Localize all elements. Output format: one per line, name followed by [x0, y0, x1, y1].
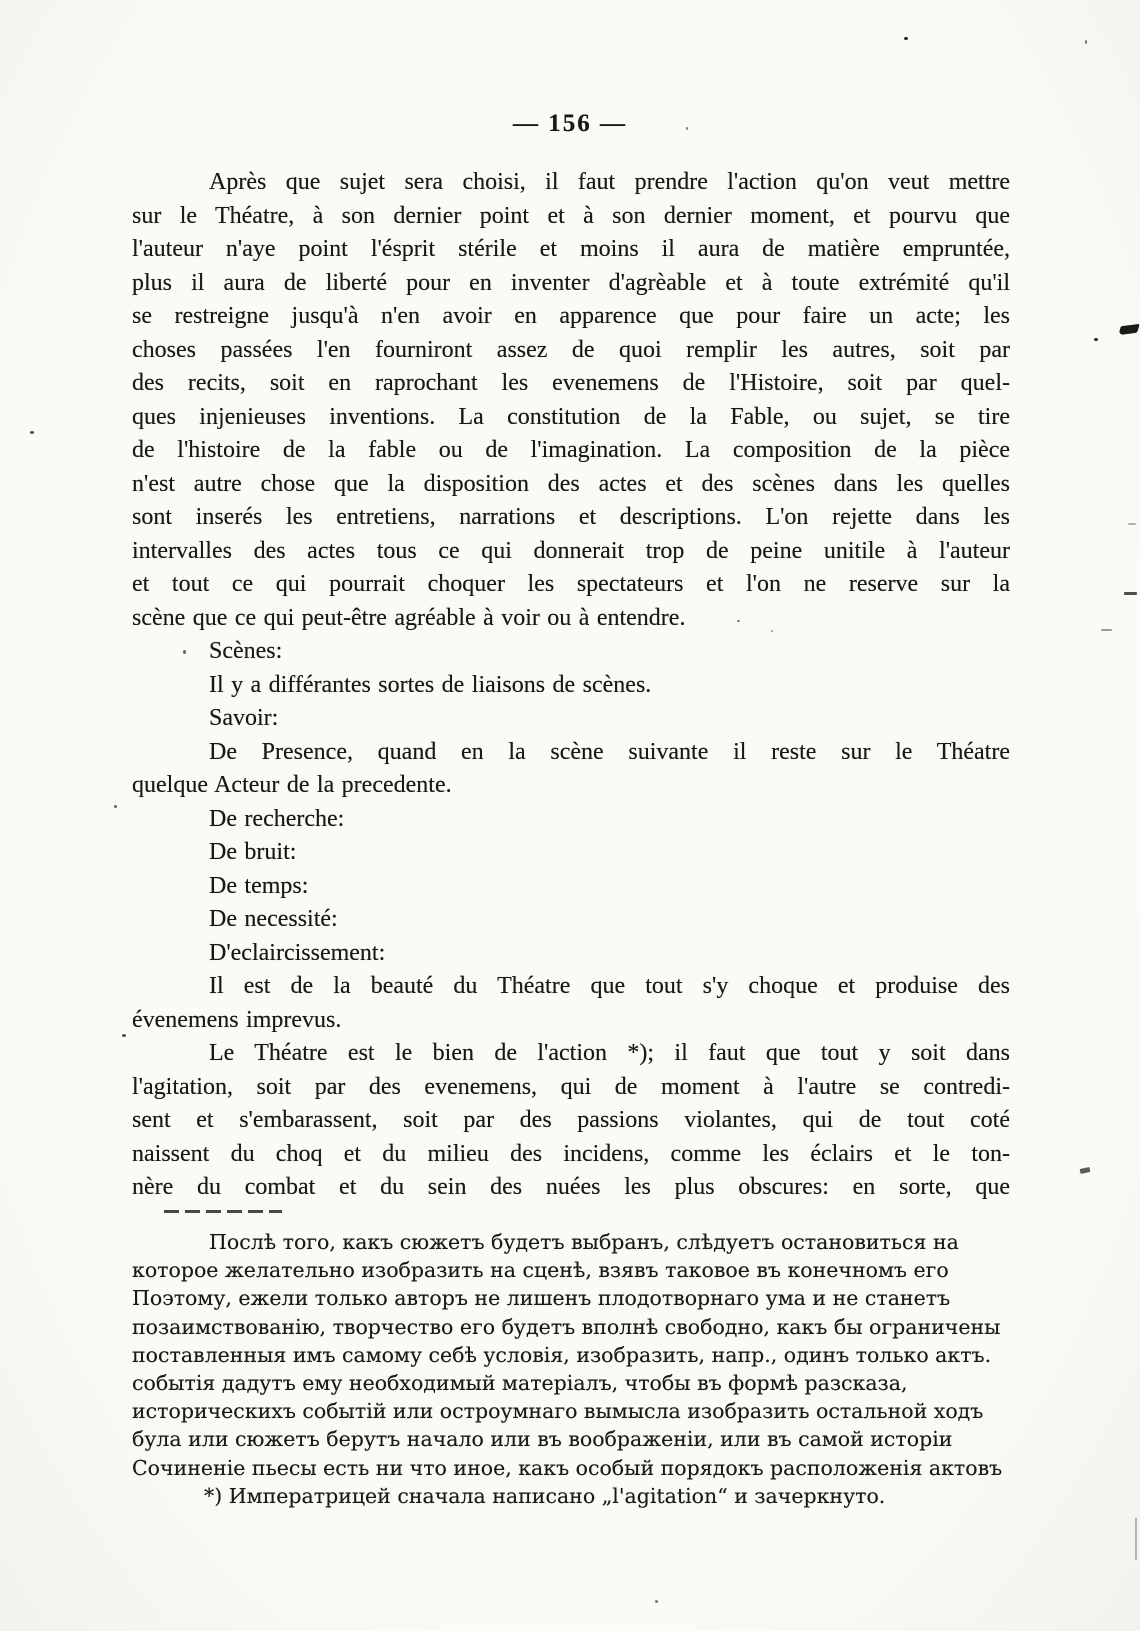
- text-line: Il est de la beauté du Théatre que tout …: [132, 970, 1010, 1004]
- ink-speck: [1094, 338, 1098, 341]
- footnote-line: Сочиненіе пьесы есть ни что иное, какъ о…: [132, 1454, 1010, 1482]
- text-line: Il y a différantes sortes de liaisons de…: [132, 669, 1010, 703]
- ink-speck: [1124, 592, 1137, 595]
- ink-speck: [1080, 1167, 1091, 1174]
- ink-speck: [655, 1600, 658, 1603]
- text-line: l'auteur n'aye point l'ésprit stérile et…: [132, 233, 1010, 267]
- text-line: et tout ce qui pourrait choquer les spec…: [132, 568, 1010, 602]
- text-line-list-item: De bruit:: [132, 836, 1010, 870]
- ink-speck: [1101, 629, 1112, 631]
- footnote-line: позаимствованію, творчество его будетъ в…: [132, 1313, 1010, 1341]
- footnote-line: поставленныя имъ самому себѣ условія, из…: [132, 1341, 1010, 1369]
- text-line: Le Théatre est le bien de l'action *); i…: [132, 1037, 1010, 1071]
- text-line-list-item: De recherche:: [132, 803, 1010, 837]
- text-line: naissent du choq et du milieu des incide…: [132, 1138, 1010, 1172]
- ink-speck: [771, 630, 773, 632]
- footnote-line: которое желательно изобразить на сценѣ, …: [132, 1256, 1010, 1284]
- text-line-list-item: D'eclaircissement:: [132, 937, 1010, 971]
- ink-speck: [904, 37, 908, 40]
- text-line: choses passées l'en fourniront assez de …: [132, 334, 1010, 368]
- text-line: sent et s'embarassent, soit par des pass…: [132, 1104, 1010, 1138]
- ink-speck: [183, 650, 186, 654]
- ink-speck: [737, 620, 740, 622]
- footnote-text: Послѣ того, какъ сюжетъ будетъ выбранъ, …: [132, 1228, 1010, 1510]
- text-line: De Presence, quand en la scène suivante …: [132, 736, 1010, 770]
- text-line: des recits, soit en raprochant les evene…: [132, 367, 1010, 401]
- page-number: — 156 —: [0, 110, 1140, 138]
- footnote-line: Послѣ того, какъ сюжетъ будетъ выбранъ, …: [132, 1228, 1010, 1256]
- ink-speck: [686, 127, 688, 130]
- text-line: nère du combat et du sein des nuées les …: [132, 1171, 1010, 1205]
- footnote-line: событія дадутъ ему необходимый матеріалъ…: [132, 1369, 1010, 1397]
- text-line-list-item: De necessité:: [132, 903, 1010, 937]
- text-line: ques injenieuses inventions. La constitu…: [132, 401, 1010, 435]
- scanned-book-page: — 156 — Après que sujet sera choisi, il …: [0, 0, 1140, 1631]
- body-text: Après que sujet sera choisi, il faut pre…: [132, 166, 1010, 1205]
- ink-speck: [1085, 40, 1087, 44]
- ink-speck: [122, 1034, 126, 1037]
- scan-edge-artifact: [1135, 1518, 1137, 1560]
- text-line-list-item: De temps:: [132, 870, 1010, 904]
- footnote-line: Поэтому, ежели только авторъ не лишенъ п…: [132, 1284, 1010, 1312]
- text-line: plus il aura de liberté pour en inventer…: [132, 267, 1010, 301]
- footnote-separator: [164, 1210, 282, 1213]
- text-line: sur le Théatre, à son dernier point et à…: [132, 200, 1010, 234]
- ink-speck: [30, 431, 34, 434]
- footnote-line: була или сюжетъ берутъ начало или въ воо…: [132, 1425, 1010, 1453]
- text-line: de l'histoire de la fable ou de l'imagin…: [132, 434, 1010, 468]
- text-line-scenes-heading: Scènes:: [132, 635, 1010, 669]
- text-line: quelque Acteur de la precedente.: [132, 769, 1010, 803]
- footnote-asterisk-line: *) Императрицей сначала написано „l'agit…: [132, 1482, 1010, 1510]
- text-line: Après que sujet sera choisi, il faut pre…: [132, 166, 1010, 200]
- ink-speck: [1128, 523, 1136, 525]
- text-line: n'est autre chose que la disposition des…: [132, 468, 1010, 502]
- ink-blot: [1118, 324, 1140, 335]
- text-line: scène que ce qui peut-être agréable à vo…: [132, 602, 1010, 636]
- text-line: sont inserés les entretiens, narrations …: [132, 501, 1010, 535]
- text-line: l'agitation, soit par des evenemens, qui…: [132, 1071, 1010, 1105]
- text-line: se restreigne jusqu'à n'en avoir en appa…: [132, 300, 1010, 334]
- text-line: intervalles des actes tous ce qui donner…: [132, 535, 1010, 569]
- text-line: évenemens imprevus.: [132, 1004, 1010, 1038]
- ink-speck: [114, 805, 117, 808]
- footnote-line: историческихъ событій или остроумнаго вы…: [132, 1397, 1010, 1425]
- text-line-savoir-heading: Savoir:: [132, 702, 1010, 736]
